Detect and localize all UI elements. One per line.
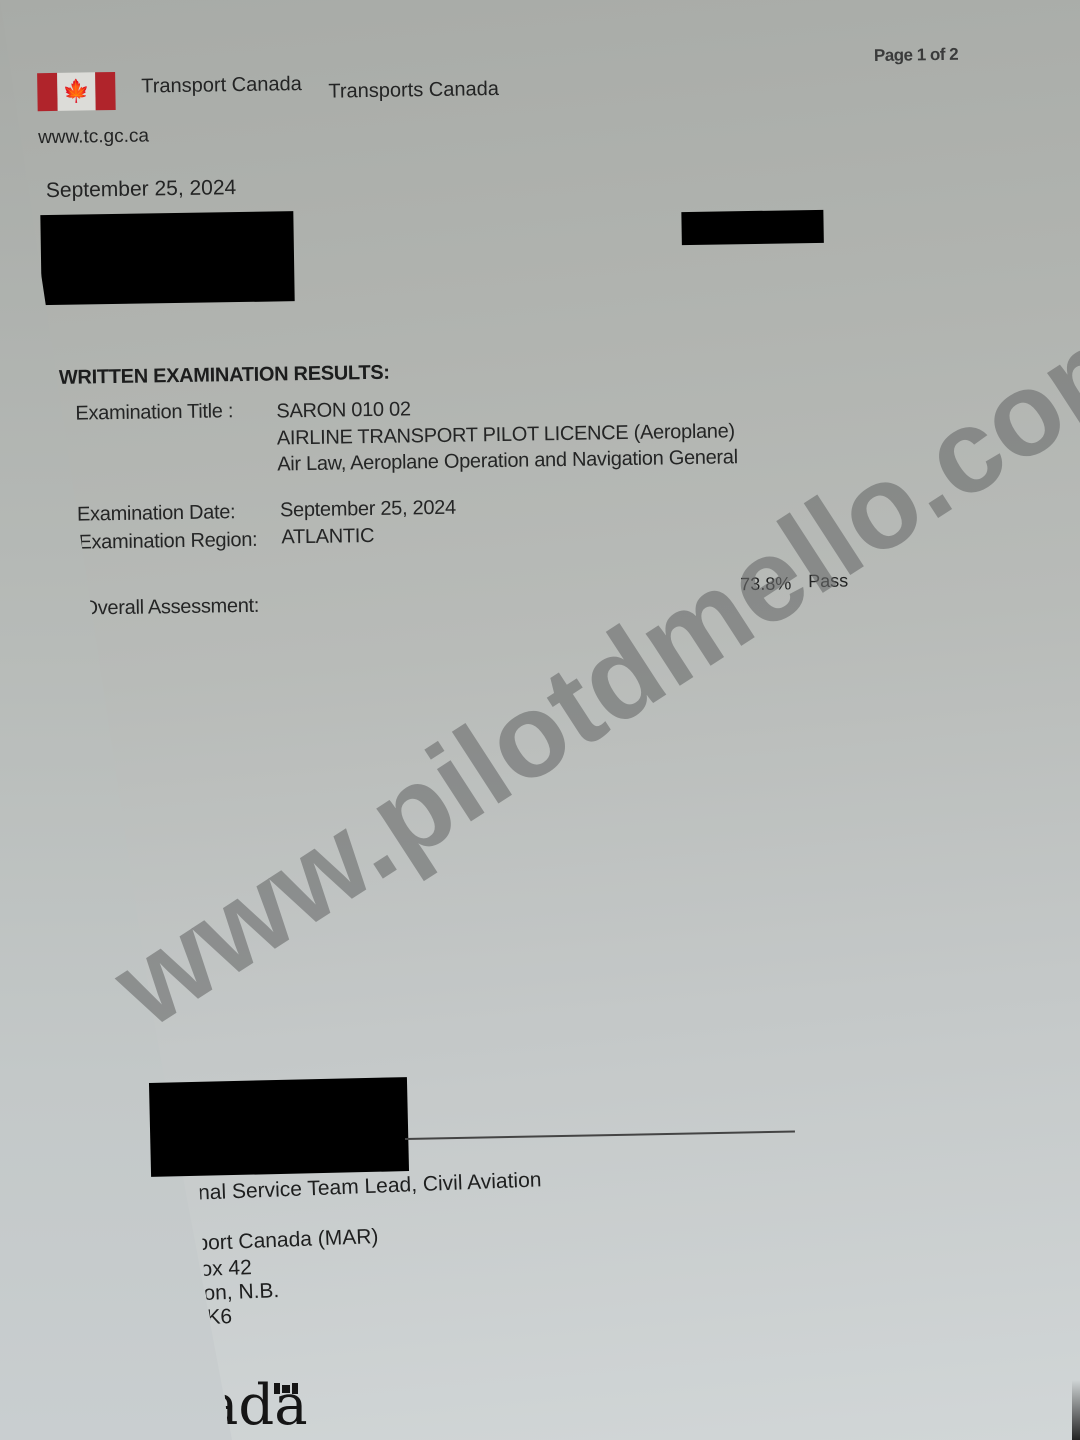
redacted-reference [681,210,824,245]
department-name-english: Transport Canada [141,73,302,99]
exam-title-label: Examination Title : [75,400,233,425]
redacted-recipient-address [40,211,294,305]
website-link: www.tc.gc.ca [38,125,149,149]
exam-title-licence: AIRLINE TRANSPORT PILOT LICENCE (Aeropla… [277,420,735,450]
address-line-1: port Canada (MAR) [196,1225,379,1256]
exam-title-code: SARON 010 02 [276,398,411,423]
exam-region-value: ATLANTIC [281,525,374,549]
letter-date: September 25, 2024 [46,176,237,203]
exam-title-subject: Air Law, Aeroplane Operation and Navigat… [277,446,738,476]
exam-region-label: Examination Region: [78,529,257,555]
signatory-role: onal Service Team Lead, Civil Aviation [186,1168,542,1206]
photo-scene: 🍁 Transport Canada Transports Canada Pag… [0,0,1080,1440]
canada-wordmark-flag-icon [274,1383,298,1394]
department-name-french: Transports Canada [328,78,499,104]
canada-flag-icon: 🍁 [37,72,116,111]
overall-assessment-label: Overall Assessment: [82,595,259,621]
exam-date-value: September 25, 2024 [280,497,456,523]
page-indicator: Page 1 of 2 [874,45,959,66]
results-heading: WRITTEN EXAMINATION RESULTS: [59,362,390,390]
exam-date-label: Examination Date: [77,501,236,526]
page-corner-shadow [1072,1380,1080,1440]
address-line-2: ox 42 [200,1256,252,1282]
address-line-3: on, N.B. [203,1279,280,1306]
